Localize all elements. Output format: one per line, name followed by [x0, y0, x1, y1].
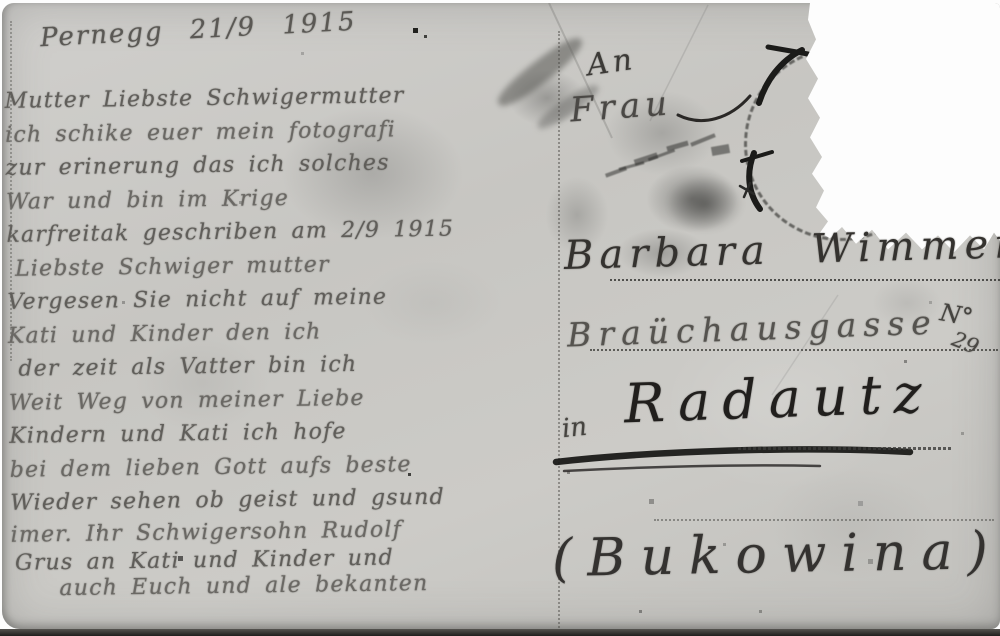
address-salutation: Frau	[569, 83, 674, 130]
address-town-prefix: in	[561, 412, 589, 444]
message-dateline: Pernegg 21/9 1915	[39, 7, 357, 54]
postcard: Pernegg 21/9 1915 Mutter Liebste Schwige…	[2, 3, 1000, 629]
address-dotted-line-3	[654, 519, 994, 521]
postmark-ink-blob	[666, 175, 744, 233]
address-to: An	[585, 42, 638, 83]
flourish-stroke	[678, 96, 750, 121]
printer-imprint-microtext	[738, 447, 952, 450]
address-dotted-line-1	[610, 279, 1000, 281]
address-region: (Bukowina)	[552, 521, 1000, 589]
postmark-mark	[666, 141, 689, 152]
town-underline-stroke	[556, 449, 910, 462]
postmark-mark	[690, 133, 716, 146]
pen-mark	[768, 47, 808, 54]
address-town: Radautz	[623, 362, 935, 436]
message-body: Mutter Liebste Schwigermutter ich schike…	[4, 77, 559, 602]
card-bottom-edge-shadow	[0, 629, 1000, 636]
town-underline-stroke-2	[564, 465, 820, 471]
address-recipient-name: Barbara Wimmer	[563, 221, 1000, 279]
postcard-scan: Pernegg 21/9 1915 Mutter Liebste Schwige…	[0, 0, 1000, 636]
postmark-mark	[711, 144, 730, 156]
address-house-number: 29	[948, 327, 982, 359]
paper-speckles	[2, 3, 3, 4]
address-street: Braüchausgasse	[566, 303, 938, 355]
